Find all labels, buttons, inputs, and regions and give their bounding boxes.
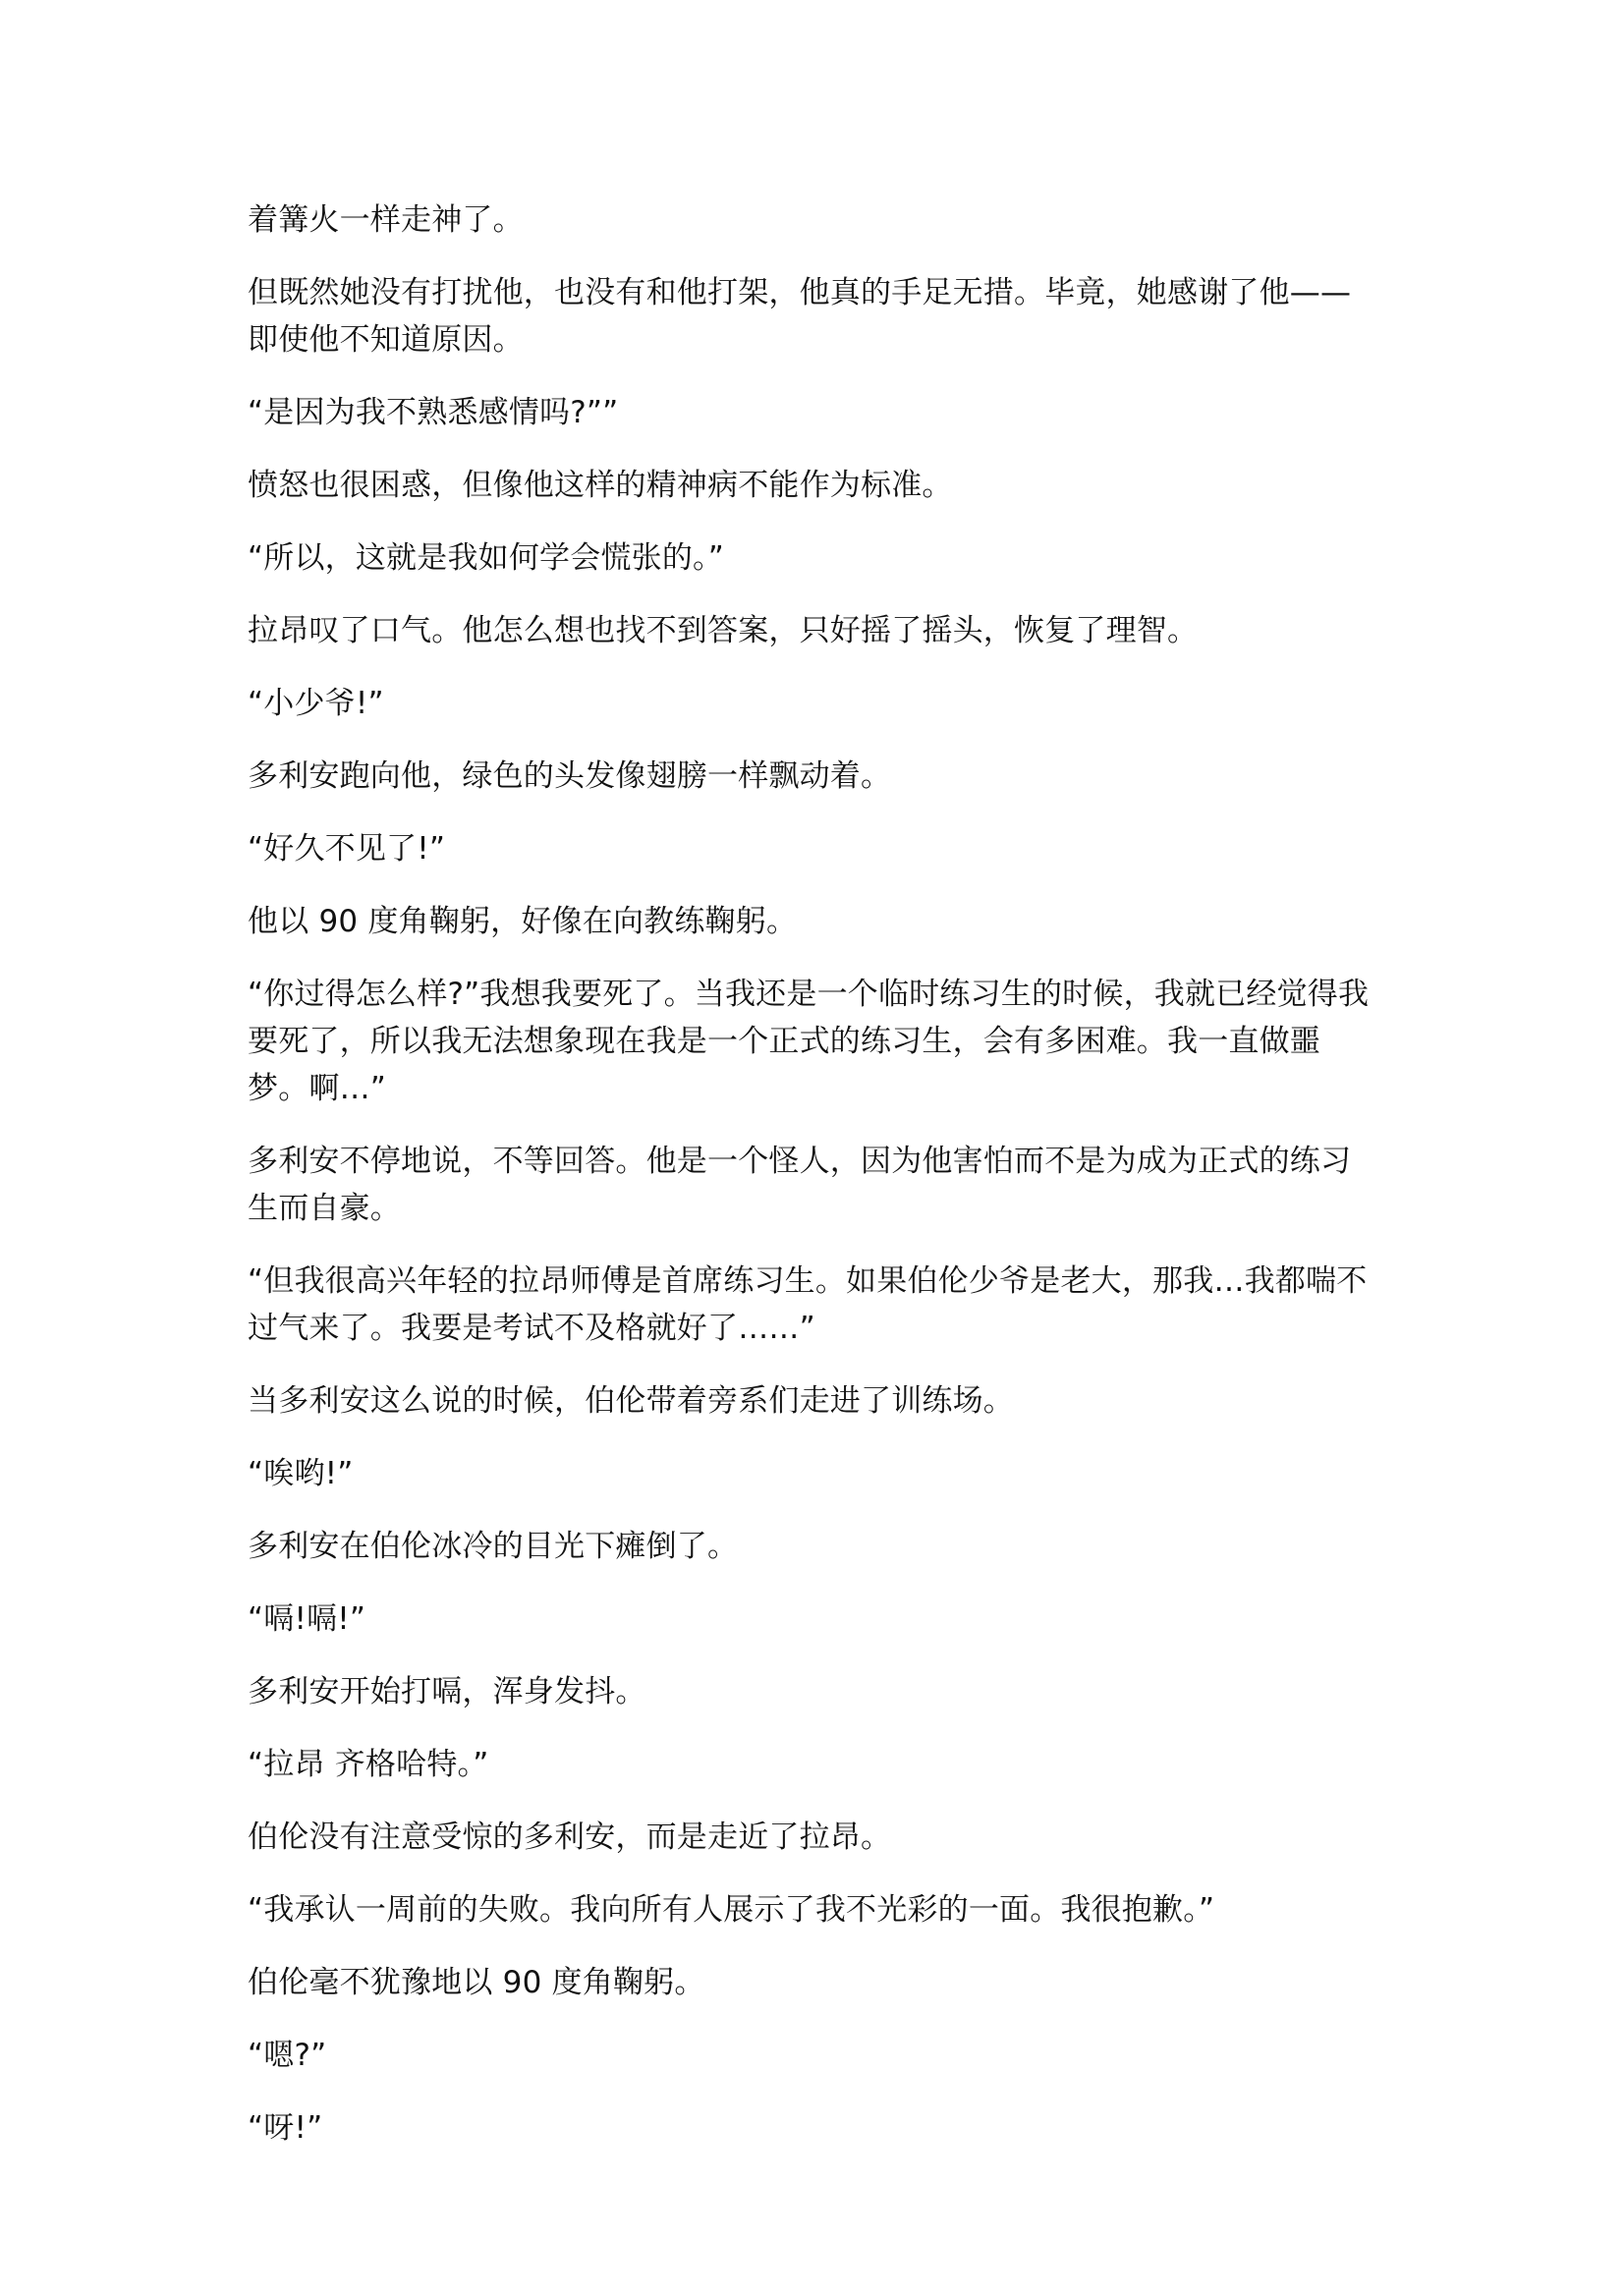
paragraph-9: “好久不见了!” bbox=[248, 825, 1377, 872]
paragraph-18: 多利安开始打嗝，浑身发抖。 bbox=[248, 1668, 1377, 1715]
paragraph-13: “但我很高兴年轻的拉昂师傅是首席练习生。如果伯伦少爷是老大，那我…我都喘不过气来… bbox=[248, 1258, 1377, 1352]
paragraph-14: 当多利安这么说的时候，伯伦带着旁系们走进了训练场。 bbox=[248, 1377, 1377, 1425]
paragraph-17: “嗝!嗝!” bbox=[248, 1596, 1377, 1643]
document-page: 着篝火一样走神了。 但既然她没有打扰他，也没有和他打架，他真的手足无措。毕竟，她… bbox=[248, 196, 1377, 2177]
paragraph-20: 伯伦没有注意受惊的多利安，而是走近了拉昂。 bbox=[248, 1814, 1377, 1861]
paragraph-5: “所以，这就是我如何学会慌张的。” bbox=[248, 534, 1377, 582]
paragraph-23: “嗯?” bbox=[248, 2032, 1377, 2079]
paragraph-6: 拉昂叹了口气。他怎么想也找不到答案，只好摇了摇头，恢复了理智。 bbox=[248, 607, 1377, 654]
paragraph-1: 着篝火一样走神了。 bbox=[248, 196, 1377, 244]
paragraph-8: 多利安跑向他，绿色的头发像翅膀一样飘动着。 bbox=[248, 753, 1377, 800]
paragraph-15: “唉哟!” bbox=[248, 1450, 1377, 1497]
paragraph-2: 但既然她没有打扰他，也没有和他打架，他真的手足无措。毕竟，她感谢了他——即使他不… bbox=[248, 269, 1377, 364]
paragraph-19: “拉昂 齐格哈特。” bbox=[248, 1741, 1377, 1788]
paragraph-3: “是因为我不熟悉感情吗?”” bbox=[248, 389, 1377, 436]
paragraph-10: 他以 90 度角鞠躬，好像在向教练鞠躬。 bbox=[248, 898, 1377, 945]
paragraph-24: “呀!” bbox=[248, 2104, 1377, 2152]
paragraph-11: “你过得怎么样?”我想我要死了。当我还是一个临时练习生的时候，我就已经觉得我要死… bbox=[248, 971, 1377, 1112]
paragraph-12: 多利安不停地说，不等回答。他是一个怪人，因为他害怕而不是为成为正式的练习生而自豪… bbox=[248, 1138, 1377, 1232]
paragraph-7: “小少爷!” bbox=[248, 680, 1377, 727]
paragraph-21: “我承认一周前的失败。我向所有人展示了我不光彩的一面。我很抱歉。” bbox=[248, 1886, 1377, 1933]
paragraph-16: 多利安在伯伦冰冷的目光下瘫倒了。 bbox=[248, 1523, 1377, 1570]
paragraph-4: 愤怒也很困惑，但像他这样的精神病不能作为标准。 bbox=[248, 462, 1377, 509]
paragraph-22: 伯伦毫不犹豫地以 90 度角鞠躬。 bbox=[248, 1959, 1377, 2006]
